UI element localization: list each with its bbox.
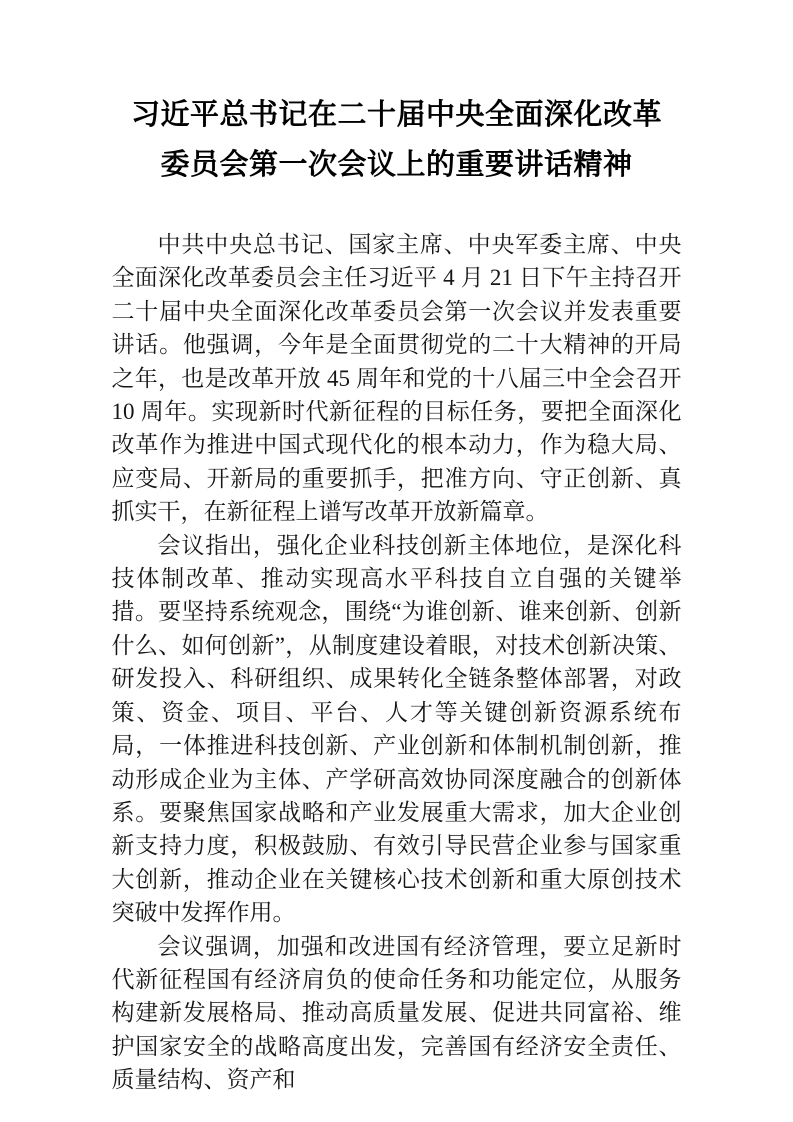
title-line-1: 习近平总书记在二十届中央全面深化改革 — [77, 90, 717, 140]
title-line-2: 委员会第一次会议上的重要讲话精神 — [77, 140, 717, 190]
document-title: 习近平总书记在二十届中央全面深化改革 委员会第一次会议上的重要讲话精神 — [77, 90, 717, 190]
body-paragraph: 会议强调，加强和改进国有经济管理，要立足新时代新征程国有经济肩负的使命任务和功能… — [112, 930, 682, 1097]
body-paragraph: 中共中央总书记、国家主席、中央军委主席、中央全面深化改革委员会主任习近平 4 月… — [112, 228, 682, 529]
document-page: 习近平总书记在二十届中央全面深化改革 委员会第一次会议上的重要讲话精神 中共中央… — [0, 0, 793, 1122]
document-body: 中共中央总书记、国家主席、中央军委主席、中央全面深化改革委员会主任习近平 4 月… — [112, 228, 682, 1097]
body-paragraph: 会议指出，强化企业科技创新主体地位，是深化科技体制改革、推动实现高水平科技自立自… — [112, 529, 682, 930]
